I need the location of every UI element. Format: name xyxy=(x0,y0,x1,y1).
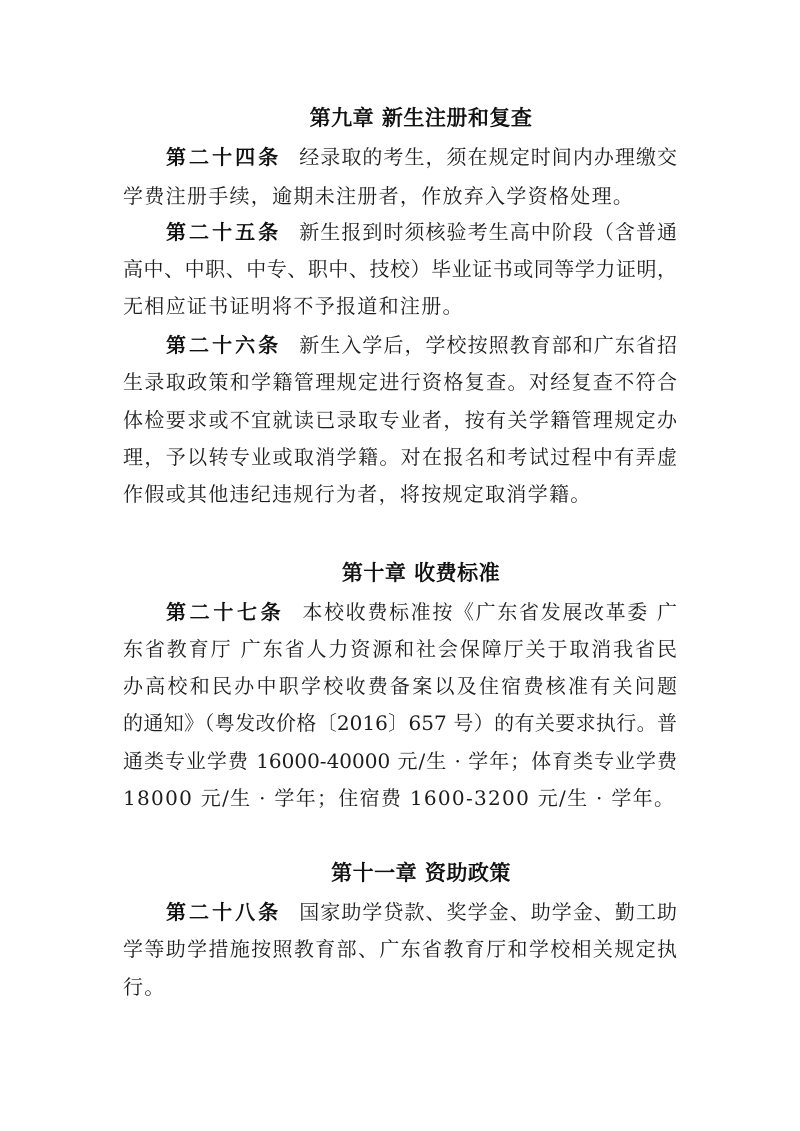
article-label: 第二十六条 xyxy=(166,333,281,357)
article-line: 理，予以转专业或取消学籍。对在报名和考试过程中有弄虚 xyxy=(123,442,677,472)
chapter-heading: 第十一章 资助政策 xyxy=(123,858,719,888)
article-line: 的通知》（粤发改价格〔2016〕657 号）的有关要求执行。普 xyxy=(123,708,677,738)
article-label: 第二十七条 xyxy=(166,600,284,624)
article-line: 办高校和民办中职学校收费备案以及住宿费核准有关问题 xyxy=(123,671,677,701)
article-line: 作假或其他违纪违规行为者，将按规定取消学籍。 xyxy=(123,479,677,509)
document-page: 第九章 新生注册和复查 第二十四条经录取的考生，须在规定时间内办理缴交 学费注册… xyxy=(0,0,800,1131)
article-label: 第二十四条 xyxy=(166,145,281,169)
article-text: 新生报到时须核验考生高中阶段（含普通 xyxy=(299,220,677,244)
article-line: 高中、中职、中专、职中、技校）毕业证书或同等学力证明， xyxy=(123,254,677,284)
article-line: 通类专业学费 16000-40000 元/生 · 学年；体育类专业学费 xyxy=(123,746,677,776)
article-line: 行。 xyxy=(123,972,677,1002)
article-line: 东省教育厅 广东省人力资源和社会保障厅关于取消我省民 xyxy=(123,634,677,664)
article-line: 学等助学措施按照教育部、广东省教育厅和学校相关规定执 xyxy=(123,934,677,964)
chapter-heading: 第九章 新生注册和复查 xyxy=(123,103,719,133)
article-line: 体检要求或不宜就读已录取专业者，按有关学籍管理规定办 xyxy=(123,405,677,435)
article-text: 新生入学后，学校按照教育部和广东省招 xyxy=(299,333,677,357)
article-line: 学费注册手续，逾期未注册者，作放弃入学资格处理。 xyxy=(123,181,677,211)
chapter-heading: 第十章 收费标准 xyxy=(123,558,719,588)
article-label: 第二十八条 xyxy=(166,900,281,924)
article-first-line: 第二十七条本校收费标准按《广东省发展改革委 广 xyxy=(166,597,677,627)
article-text: 经录取的考生，须在规定时间内办理缴交 xyxy=(299,145,677,169)
article-label: 第二十五条 xyxy=(166,220,281,244)
article-line: 18000 元/生 · 学年；住宿费 1600-3200 元/生 · 学年。 xyxy=(123,783,677,813)
article-text: 国家助学贷款、奖学金、助学金、勤工助 xyxy=(299,900,677,924)
article-first-line: 第二十八条国家助学贷款、奖学金、助学金、勤工助 xyxy=(166,897,677,927)
article-first-line: 第二十五条新生报到时须核验考生高中阶段（含普通 xyxy=(166,217,677,247)
article-first-line: 第二十四条经录取的考生，须在规定时间内办理缴交 xyxy=(166,142,677,172)
article-line: 无相应证书证明将不予报道和注册。 xyxy=(123,291,677,321)
article-text: 本校收费标准按《广东省发展改革委 广 xyxy=(302,600,677,624)
article-line: 生录取政策和学籍管理规定进行资格复查。对经复查不符合 xyxy=(123,367,677,397)
article-first-line: 第二十六条新生入学后，学校按照教育部和广东省招 xyxy=(166,330,677,360)
